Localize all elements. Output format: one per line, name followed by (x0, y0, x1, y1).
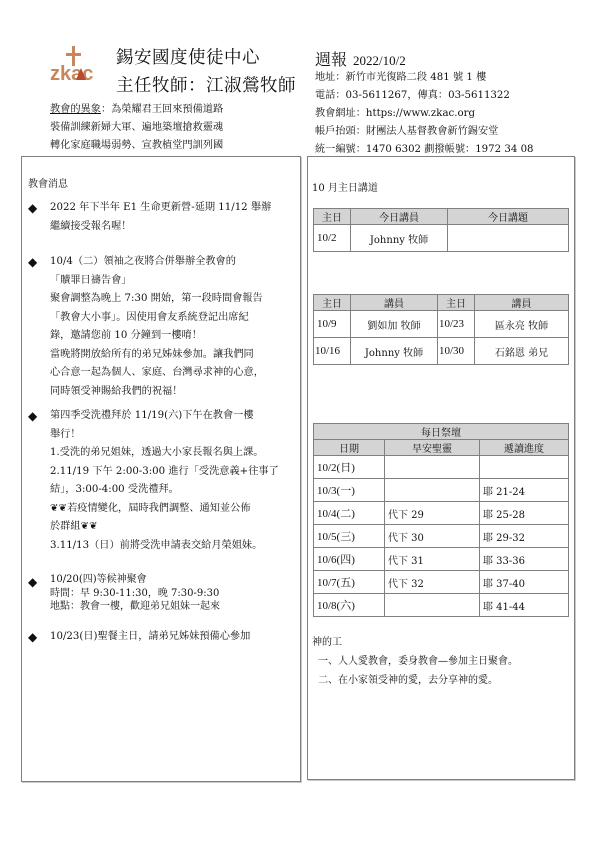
table-row: 10/2(日) (314, 456, 569, 479)
news-item: ◆ 2022 年下半年 E1 生命更新營-延期 11/12 舉辦 繼續接受報名喔… (28, 199, 296, 236)
sermon-schedule-table: 主日 講員 主日 講員 10/9 劉如加 牧師 10/23 區永亮 牧師 10/… (313, 294, 569, 365)
church-logo: zkac (50, 44, 102, 84)
table-row: 10/6(四)代下 31耶 33-36 (314, 548, 569, 571)
news-item: ◆ 10/4（二）領袖之夜將合併舉辦全教會的 「贖罪日禱告會」 聚會調整為晚上 … (28, 253, 296, 401)
gods-work: 神的工 一、人人愛教會，委身教會—參加主日聚會。 二、在小家領受神的愛，去分享神… (312, 633, 518, 690)
table-row: 10/3(一)耶 21-24 (314, 479, 569, 502)
diamond-bullet-icon: ◆ (28, 253, 37, 272)
table-row: 10/8(六)耶 41-44 (314, 594, 569, 617)
table-row: 10/7(五)代下 32耶 37-40 (314, 571, 569, 594)
church-vision: 教會的異象：為榮耀君王回來預備道路 裝備訓練新婦大軍、遍地築壇搶救靈魂 轉化家庭… (50, 101, 223, 155)
vision-label: 教會的異象 (50, 104, 101, 115)
church-news-panel: 教會消息 ◆ 2022 年下半年 E1 生命更新營-延期 11/12 舉辦 繼續… (21, 156, 301, 782)
sermon-panel: 10 月主日講道 主日 今日講員 今日講題 10/2 Johnny 牧師 主日 … (307, 156, 575, 780)
today-sermon-table: 主日 今日講員 今日講題 10/2 Johnny 牧師 (313, 208, 569, 252)
table-row: 10/9 劉如加 牧師 10/23 區永亮 牧師 (314, 311, 569, 338)
bulletin-date: 2022/10/2 (353, 53, 406, 68)
table-row: 10/4(二)代下 29耶 25-28 (314, 502, 569, 525)
news-item: ◆ 第四季受洗禮拜於 11/19(六)下午在教會一樓 舉行！ 1.受洗的弟兄姐妹… (28, 407, 296, 555)
diamond-bullet-icon: ◆ (28, 628, 37, 647)
news-title: 教會消息 (28, 175, 68, 190)
senior-pastor: 主任牧師：江淑鶯牧師 (116, 72, 296, 97)
diamond-bullet-icon: ◆ (28, 199, 37, 218)
diamond-bullet-icon: ◆ (28, 407, 37, 426)
table-row: 10/5(三)代下 30耶 29-32 (314, 525, 569, 548)
daily-altar-title: 每日祭壇 (314, 424, 569, 440)
phone-fax: 電話：03-5611267，傳真：03-5611322 (315, 87, 534, 105)
daily-altar-table: 每日祭壇 日期 早安聖靈 遞讀進度 10/2(日) 10/3(一)耶 21-24… (313, 423, 569, 617)
address: 地址：新竹市光復路二段 481 號 1 樓 (315, 69, 534, 87)
account-name: 帳戶抬頭：財團法人基督教會新竹錫安堂 (315, 123, 534, 141)
news-item: ◆ 10/20(四)等候神聚會 時間：早 9:30-11:30，晚 7:30-9… (28, 573, 296, 614)
diamond-bullet-icon: ◆ (28, 573, 37, 592)
works-title: 神的工 (312, 633, 518, 652)
website[interactable]: 教會網址：https://www.zkac.org (315, 105, 534, 123)
svg-text:zkac: zkac (50, 63, 93, 84)
table-row: 10/2 Johnny 牧師 (314, 225, 569, 252)
bulletin-title: 週報2022/10/2 (315, 47, 406, 70)
church-info: 地址：新竹市光復路二段 481 號 1 樓 電話：03-5611267，傳真：0… (315, 69, 534, 159)
news-item: ◆ 10/23(日)聖餐主日，請弟兄姊妹預備心參加 (28, 628, 296, 647)
table-row: 10/16 Johnny 牧師 10/30 石銘恩 弟兄 (314, 338, 569, 365)
church-name: 錫安國度使徒中心 (116, 44, 260, 69)
sermon-title: 10 月主日講道 (312, 179, 378, 194)
